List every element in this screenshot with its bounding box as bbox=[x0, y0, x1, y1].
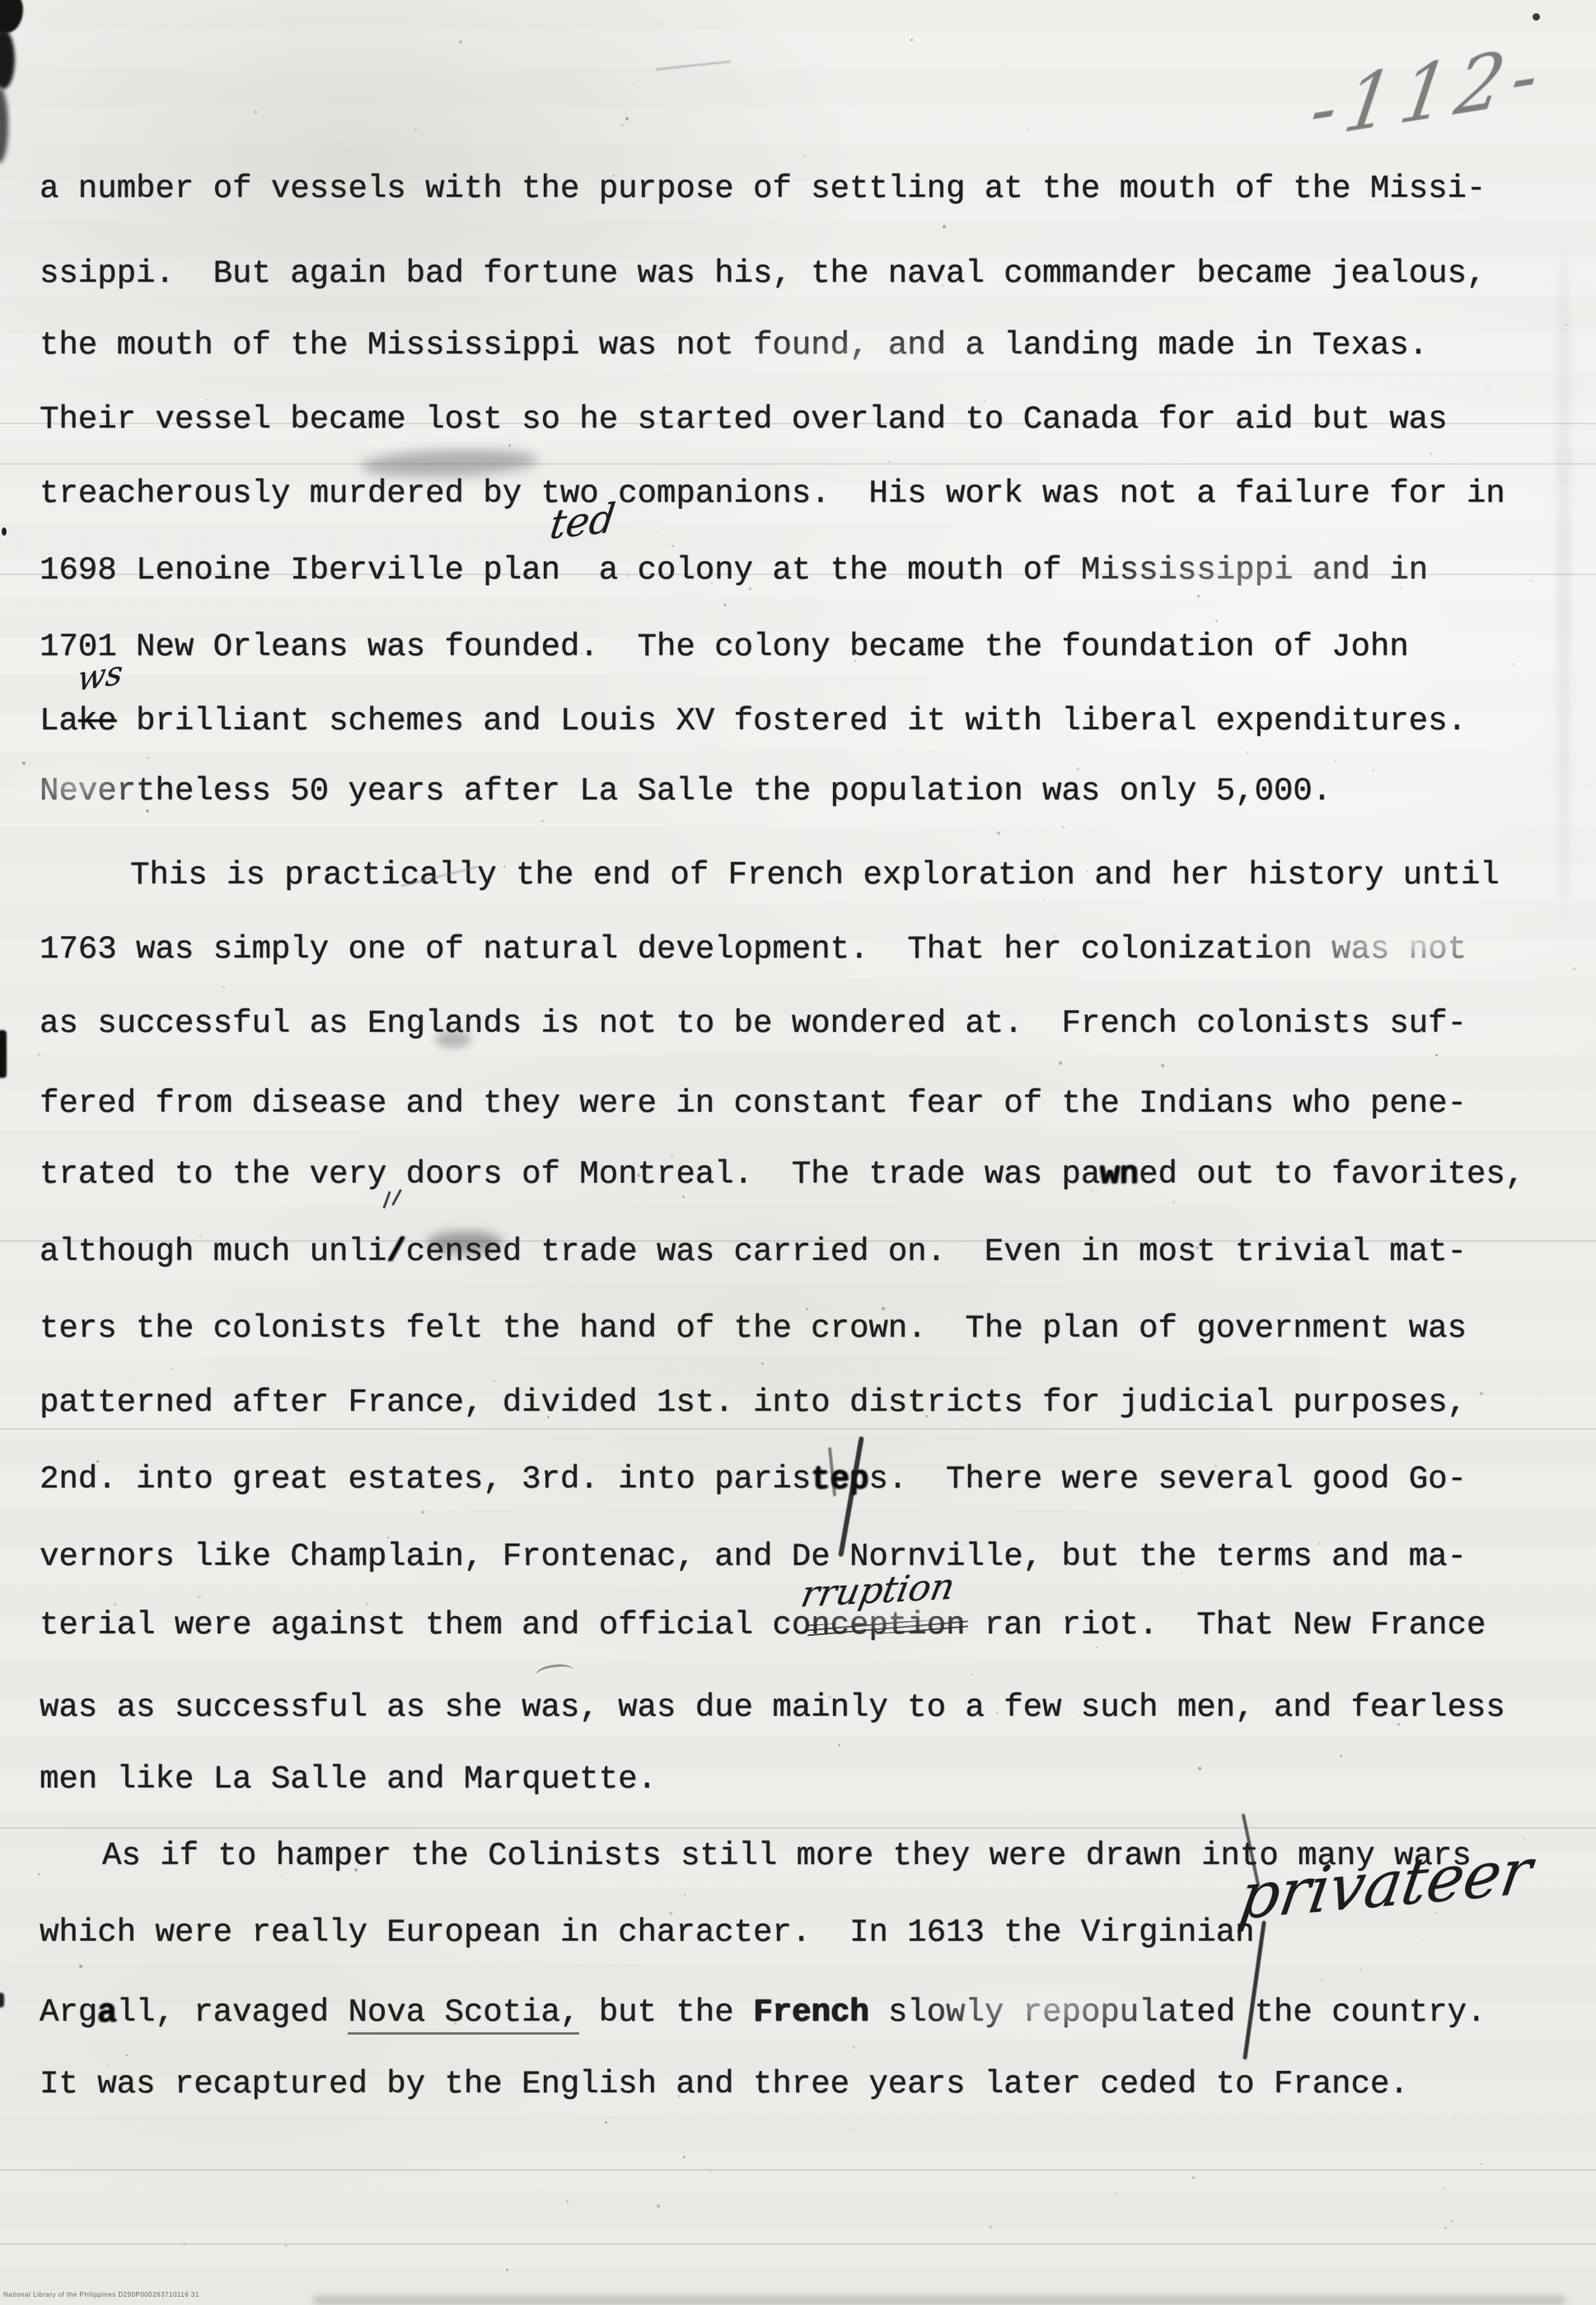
typed-segment: ters the colonists felt the hand of the … bbox=[40, 1310, 1467, 1347]
typed-segment: a colony at the mouth of Mississippi and… bbox=[599, 552, 1428, 588]
footer-label: National Library of the Philippines D290… bbox=[3, 2291, 199, 2298]
typed-segment bbox=[560, 552, 599, 588]
typed-line: the mouth of the Mississippi was not fou… bbox=[40, 326, 1428, 365]
typed-segment: fered from disease and they were in cons… bbox=[40, 1085, 1467, 1122]
typed-line: Lake brilliant schemes and Louis XV fost… bbox=[40, 701, 1467, 741]
typed-segment: s. There were several good Go- bbox=[868, 1461, 1467, 1497]
typed-segment: ll, ravaged bbox=[117, 1994, 349, 2031]
typed-segment: the mouth of the Mississippi was not fou… bbox=[40, 327, 1428, 363]
typed-segment: 1763 was simply one of natural developme… bbox=[40, 931, 1467, 967]
typed-line: although much unli/censed trade was carr… bbox=[40, 1232, 1467, 1272]
typed-segment-blot: a bbox=[97, 1994, 116, 2031]
typed-line: vernors like Champlain, Frontenac, and D… bbox=[40, 1537, 1467, 1576]
typed-segment-blot: wn bbox=[1100, 1156, 1139, 1192]
typed-segment: trated to the very doors of Montreal. Th… bbox=[40, 1156, 1100, 1192]
typed-line: ters the colonists felt the hand of the … bbox=[40, 1309, 1467, 1348]
typed-segment: treacherously murdered by two companions… bbox=[40, 476, 1505, 512]
handwritten-insert-rruption: rruption bbox=[798, 1566, 958, 1616]
typed-segment: which were really European in character.… bbox=[40, 1914, 1254, 1951]
typed-segment: terial were against them and official co bbox=[40, 1607, 811, 1643]
typed-segment-blot: / bbox=[386, 1234, 405, 1270]
typed-segment-strike: ke bbox=[78, 703, 117, 739]
typed-segment-underline: Nova Scotia, bbox=[348, 1994, 579, 2035]
typed-segment: was as successful as she was, was due ma… bbox=[40, 1689, 1505, 1726]
typed-segment: patterned after France, divided 1st. int… bbox=[40, 1384, 1467, 1421]
typed-line: Nevertheless 50 years after La Salle the… bbox=[40, 771, 1332, 811]
typed-line: which were really European in character.… bbox=[40, 1913, 1254, 1952]
typed-segment: Arg bbox=[40, 1994, 97, 2031]
typed-segment: a number of vessels with the purpose of … bbox=[40, 171, 1486, 207]
typed-line: 1698 Lenoine Iberville plan a colony at … bbox=[40, 550, 1428, 590]
typed-segment: slowly repopulated the country. bbox=[868, 1994, 1486, 2031]
typed-line: 1701 New Orleans was founded. The colony… bbox=[40, 627, 1409, 667]
typed-segment: 1701 New Orleans was founded. The colony… bbox=[40, 629, 1409, 665]
typed-segment: 2nd. into great estates, 3rd. into paris bbox=[40, 1461, 811, 1497]
typed-line: 2nd. into great estates, 3rd. into paris… bbox=[40, 1459, 1467, 1499]
typed-line: terial were against them and official co… bbox=[40, 1605, 1486, 1645]
typed-segment: It was recaptured by the English and thr… bbox=[40, 2066, 1409, 2102]
typed-line: men like La Salle and Marquette. bbox=[40, 1759, 657, 1799]
typed-line: 1763 was simply one of natural developme… bbox=[40, 930, 1467, 969]
typed-segment: ed out to favorites, bbox=[1139, 1156, 1524, 1192]
typed-segment-bold: French bbox=[753, 1994, 868, 2031]
typed-segment-blot: tep bbox=[811, 1461, 868, 1497]
typed-text-layer: a number of vessels with the purpose of … bbox=[0, 0, 1596, 2305]
typed-line: trated to the very doors of Montreal. Th… bbox=[40, 1155, 1524, 1194]
typed-line: ssippi. But again bad fortune was his, t… bbox=[40, 254, 1486, 293]
typed-segment: brilliant schemes and Louis XV fostered … bbox=[117, 703, 1467, 739]
typed-line: treacherously murdered by two companions… bbox=[40, 474, 1505, 513]
scanned-document-page: a number of vessels with the purpose of … bbox=[0, 0, 1596, 2305]
typed-line: patterned after France, divided 1st. int… bbox=[40, 1383, 1467, 1422]
typed-segment: La bbox=[40, 703, 78, 739]
typed-segment: 1698 Lenoine Iberville plan bbox=[40, 552, 560, 588]
typed-segment: men like La Salle and Marquette. bbox=[40, 1761, 657, 1797]
typed-line: a number of vessels with the purpose of … bbox=[40, 169, 1486, 208]
typed-segment: although much unli bbox=[40, 1234, 386, 1270]
typed-segment: vernors like Champlain, Frontenac, and D… bbox=[40, 1539, 1467, 1575]
typed-segment: as successful as Englands is not to be w… bbox=[40, 1005, 1467, 1042]
handwritten-insert-ws: ws bbox=[76, 654, 124, 699]
typed-line: This is practically the end of French ex… bbox=[130, 855, 1500, 895]
typed-line: Their vessel became lost so he started o… bbox=[40, 400, 1447, 439]
typed-segment: Their vessel became lost so he started o… bbox=[40, 401, 1447, 438]
typed-segment: Nevertheless 50 years after La Salle the… bbox=[40, 773, 1332, 809]
typed-segment: ran riot. That New France bbox=[965, 1607, 1486, 1643]
typed-segment: censed trade was carried on. Even in mos… bbox=[406, 1234, 1467, 1270]
typed-segment: ssippi. But again bad fortune was his, t… bbox=[40, 255, 1486, 292]
typed-line: fered from disease and they were in cons… bbox=[40, 1084, 1467, 1123]
typed-line: It was recaptured by the English and thr… bbox=[40, 2064, 1409, 2104]
typed-line: Argall, ravaged Nova Scotia, but the Fre… bbox=[40, 1993, 1486, 2032]
typed-segment: This is practically the end of French ex… bbox=[130, 857, 1500, 893]
handwritten-insert-ted: ted bbox=[547, 495, 618, 549]
typed-line: as successful as Englands is not to be w… bbox=[40, 1004, 1467, 1043]
typed-segment: but the bbox=[579, 1994, 753, 2031]
typed-line: was as successful as she was, was due ma… bbox=[40, 1688, 1505, 1727]
